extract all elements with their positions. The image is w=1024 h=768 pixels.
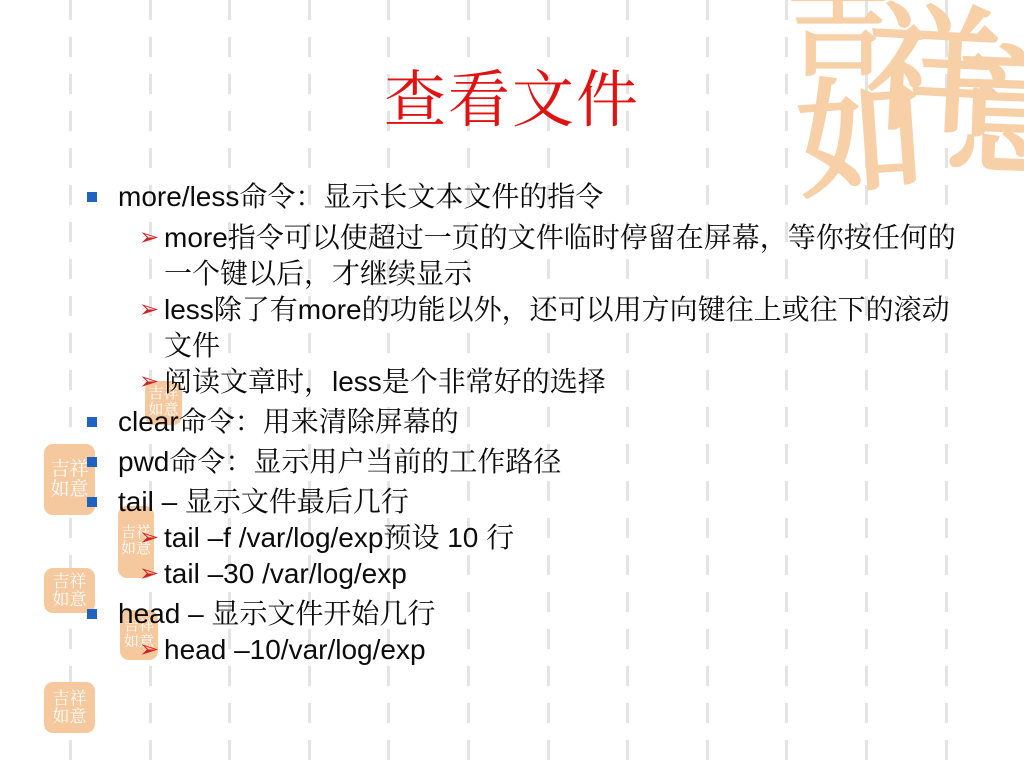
- list-item-text: pwd命令：显示用户当前的工作路径: [118, 444, 561, 480]
- list-item-text: less除了有more的功能以外，还可以用方向键往上或往下的滚动 文件: [164, 292, 950, 364]
- list-item-text: head –10/var/log/exp: [164, 632, 426, 668]
- list-item-text: more指令可以使超过一页的文件临时停留在屏幕，等你按任何的 一个键以后，才继续…: [164, 220, 956, 292]
- list-item: more/less命令：显示长文本文件的指令: [0, 179, 1005, 215]
- list-item: clear命令：用来清除屏幕的: [0, 404, 1005, 440]
- list-item-text: tail –30 /var/log/exp: [164, 556, 407, 592]
- bullet-square-icon: [87, 497, 97, 507]
- list-item: ➢ more指令可以使超过一页的文件临时停留在屏幕，等你按任何的 一个键以后，才…: [0, 220, 1005, 292]
- list-item-text: tail –f /var/log/exp预设 10 行: [164, 520, 514, 556]
- bullet-square-icon: [87, 457, 97, 467]
- list-item-text: 阅读文章时，less是个非常好的选择: [164, 364, 606, 400]
- list-item: ➢ tail –f /var/log/exp预设 10 行: [0, 520, 1005, 556]
- bullet-arrow-icon: ➢: [139, 556, 164, 592]
- list-item: pwd命令：显示用户当前的工作路径: [0, 444, 1005, 480]
- bullet-square-icon: [87, 417, 97, 427]
- list-item-text: clear命令：用来清除屏幕的: [118, 404, 459, 440]
- bullet-arrow-icon: ➢: [139, 364, 164, 400]
- list-item: ➢ tail –30 /var/log/exp: [0, 556, 1005, 592]
- list-item-text: more/less命令：显示长文本文件的指令: [118, 179, 603, 215]
- list-item: head – 显示文件开始几行: [0, 596, 1005, 632]
- list-item: tail – 显示文件最后几行: [0, 484, 1005, 520]
- seal-stamp-icon: 吉祥如意: [44, 682, 95, 733]
- bullet-arrow-icon: ➢: [139, 220, 164, 256]
- presentation-slide: 吉 祥 如 意 吉祥如意 吉祥如意 吉祥如意 吉祥如意 吉祥如意 吉祥如意 查看…: [0, 0, 1024, 768]
- bullet-square-icon: [87, 609, 97, 619]
- bullet-arrow-icon: ➢: [139, 292, 164, 328]
- list-item: ➢ 阅读文章时，less是个非常好的选择: [0, 364, 1005, 400]
- list-item-text: tail – 显示文件最后几行: [118, 484, 409, 520]
- list-item: ➢ less除了有more的功能以外，还可以用方向键往上或往下的滚动 文件: [0, 292, 1005, 364]
- bullet-arrow-icon: ➢: [139, 632, 164, 668]
- bullet-list: more/less命令：显示长文本文件的指令 ➢ more指令可以使超过一页的文…: [0, 179, 1005, 668]
- bullet-square-icon: [87, 192, 97, 202]
- list-item-text: head – 显示文件开始几行: [118, 596, 435, 632]
- seal-text: 吉祥如意: [53, 690, 87, 726]
- bullet-arrow-icon: ➢: [139, 520, 164, 556]
- list-item: ➢ head –10/var/log/exp: [0, 632, 1005, 668]
- slide-title: 查看文件: [0, 50, 1024, 139]
